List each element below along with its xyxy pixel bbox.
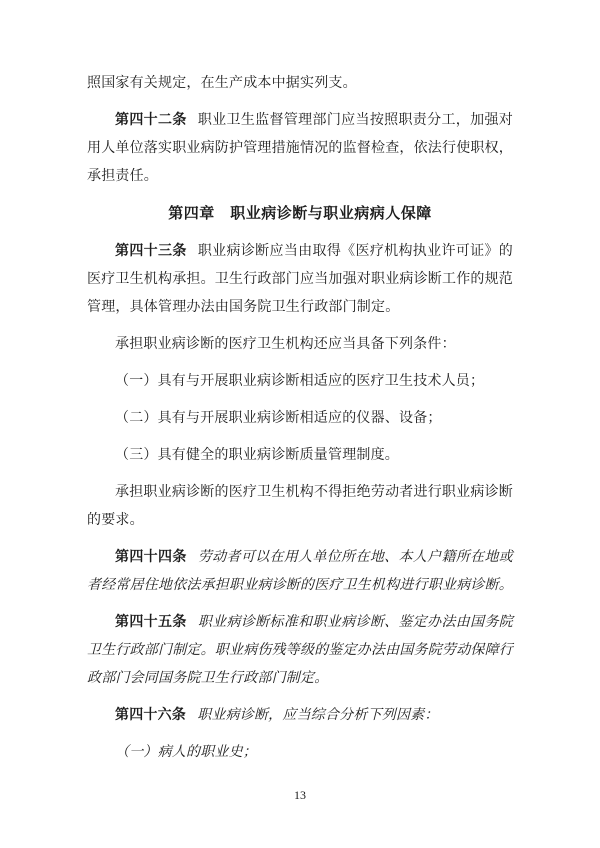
article-43-no-refusal-text: 承担职业病诊断的医疗卫生机构不得拒绝劳动者进行职业病诊断的要求。 [87,485,513,528]
paragraph-article-42: 第四十二条职业卫生监督管理部门应当按照职责分工，加强对用人单位落实职业病防护管理… [87,107,513,191]
continuation-text: 照国家有关规定，在生产成本中据实列支。 [87,76,357,91]
chapter-4-heading: 第四章 职业病诊断与职业病病人保障 [87,200,513,228]
article-46-text: 职业病诊断，应当综合分析下列因素： [197,708,438,723]
paragraph-article-44: 第四十四条劳动者可以在用人单位所在地、本人户籍所在地或者经常居住地依法承担职业病… [87,544,513,600]
article-44-number: 第四十四条 [115,550,187,565]
article-45-number: 第四十五条 [115,615,187,630]
article-43-number: 第四十三条 [115,244,187,259]
article-43-conditions-intro-text: 承担职业病诊断的医疗卫生机构还应当具备下列条件： [115,337,456,352]
list-item-43-1-text: （一）具有与开展职业病诊断相适应的医疗卫生技术人员； [115,374,484,389]
paragraph-article-43-conditions-intro: 承担职业病诊断的医疗卫生机构还应当具备下列条件： [87,331,513,359]
page-number: 13 [0,788,600,802]
list-item-43-1: （一）具有与开展职业病诊断相适应的医疗卫生技术人员； [87,368,513,396]
list-item-46-1-text: （一）病人的职业史； [115,745,257,760]
paragraph-article-43-no-refusal: 承担职业病诊断的医疗卫生机构不得拒绝劳动者进行职业病诊断的要求。 [87,479,513,535]
list-item-43-2: （二）具有与开展职业病诊断相适应的仪器、设备； [87,405,513,433]
list-item-43-3: （三）具有健全的职业病诊断质量管理制度。 [87,442,513,470]
article-42-number: 第四十二条 [115,113,187,128]
list-item-43-3-text: （三）具有健全的职业病诊断质量管理制度。 [115,448,399,463]
paragraph-article-46: 第四十六条职业病诊断，应当综合分析下列因素： [87,702,513,730]
paragraph-continuation: 照国家有关规定，在生产成本中据实列支。 [87,70,513,98]
list-item-43-2-text: （二）具有与开展职业病诊断相适应的仪器、设备； [115,411,442,426]
paragraph-article-43: 第四十三条职业病诊断应当由取得《医疗机构执业许可证》的医疗卫生机构承担。卫生行政… [87,238,513,322]
document-page: 照国家有关规定，在生产成本中据实列支。 第四十二条职业卫生监督管理部门应当按照职… [0,0,600,848]
paragraph-article-45: 第四十五条职业病诊断标准和职业病诊断、鉴定办法由国务院卫生行政部门制定。职业病伤… [87,609,513,693]
list-item-46-1: （一）病人的职业史； [87,739,513,767]
article-46-number: 第四十六条 [115,708,186,723]
